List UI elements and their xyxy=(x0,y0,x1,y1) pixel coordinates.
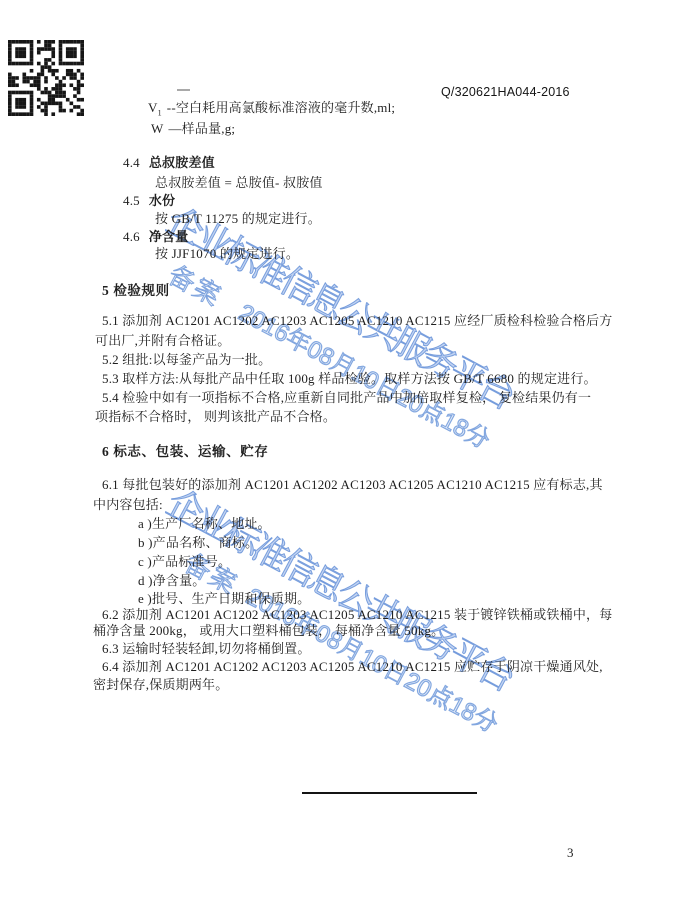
clause-number: 4.5 xyxy=(123,193,140,208)
symbol-v: V xyxy=(148,101,158,115)
formula-fraction-bar xyxy=(177,89,190,91)
document-page: 企业标准信息公共服务平台 备案 2016年08月10日20点18分 企业标准信息… xyxy=(0,0,677,912)
definition-w: W—样品量,g; xyxy=(151,122,235,136)
clause-5-4-line1: 5.4 检验中如有一项指标不合格,应重新自同批产品中加倍取样复检， 复检结果仍有… xyxy=(102,391,591,405)
clause-4-6-heading: 4.6净含量 xyxy=(123,230,188,244)
definition-v1-text: --空白耗用高氯酸标准溶液的毫升数,ml; xyxy=(167,100,395,115)
clause-4-4-body: 总叔胺差值 = 总胺值- 叔胺值 xyxy=(155,176,323,190)
clause-title: 总叔胺差值 xyxy=(149,155,215,170)
clause-5-3: 5.3 取样方法:从每批产品中任取 100g 样品检验。取样方法按 GB/T 6… xyxy=(102,372,597,386)
clause-5-2: 5.2 组批:以每釜产品为一批。 xyxy=(102,353,271,367)
list-item-d: d )净含量。 xyxy=(138,574,205,588)
footer-rule xyxy=(302,792,477,794)
definition-w-text: —样品量,g; xyxy=(168,121,235,136)
clause-4-5-heading: 4.5水份 xyxy=(123,194,175,208)
section-5-heading: 5 检验规则 xyxy=(102,284,170,298)
list-item-c: c )产品标准号。 xyxy=(138,555,231,569)
clause-4-6-body: 按 JJF1070 的规定进行。 xyxy=(155,247,299,261)
clause-6-1-line2: 中内容包括: xyxy=(93,498,163,512)
text-layer: Q/320621HA044-2016 V1--空白耗用高氯酸标准溶液的毫升数,m… xyxy=(0,0,677,912)
clause-6-2-line2: 桶净含量 200kg， 或用大口塑料桶包装， 每桶净含量 50kg。 xyxy=(93,624,444,638)
clause-6-4-line2: 密封保存,保质期两年。 xyxy=(93,678,228,692)
clause-6-1-line1: 6.1 每批包装好的添加剂 AC1201 AC1202 AC1203 AC120… xyxy=(102,478,603,492)
clause-5-4-line2: 项指标不合格时， 则判该批产品不合格。 xyxy=(95,410,336,424)
symbol-v-subscript: 1 xyxy=(158,109,162,118)
clause-5-1-line1: 5.1 添加剂 AC1201 AC1202 AC1203 AC1205 AC12… xyxy=(102,314,612,328)
clause-6-3: 6.3 运输时轻装轻卸,切勿将桶倒置。 xyxy=(102,642,311,656)
clause-number: 4.4 xyxy=(123,155,140,170)
list-item-e: e )批号、生产日期和保质期。 xyxy=(138,592,310,606)
section-6-heading: 6 标志、包装、运输、贮存 xyxy=(102,445,268,459)
clause-number: 4.6 xyxy=(123,229,140,244)
clause-6-2-line1: 6.2 添加剂 AC1201 AC1202 AC1203 AC1205 AC12… xyxy=(102,608,612,622)
list-item-b: b )产品名称、商标。 xyxy=(138,536,258,550)
clause-5-1-line2: 可出厂,并附有合格证。 xyxy=(95,334,230,348)
clause-title: 净含量 xyxy=(149,229,189,244)
symbol-w: W xyxy=(151,122,163,136)
clause-title: 水份 xyxy=(149,193,175,208)
page-number: 3 xyxy=(567,845,574,861)
definition-v1: V1--空白耗用高氯酸标准溶液的毫升数,ml; xyxy=(148,101,395,115)
clause-4-5-body: 按 GB/T 11275 的规定进行。 xyxy=(155,212,321,226)
clause-6-4-line1: 6.4 添加剂 AC1201 AC1202 AC1203 AC1205 AC12… xyxy=(102,660,603,674)
list-item-a: a )生产厂名称、地址。 xyxy=(138,517,271,531)
document-number: Q/320621HA044-2016 xyxy=(441,85,570,99)
qr-code xyxy=(8,40,84,116)
clause-4-4-heading: 4.4总叔胺差值 xyxy=(123,156,215,170)
